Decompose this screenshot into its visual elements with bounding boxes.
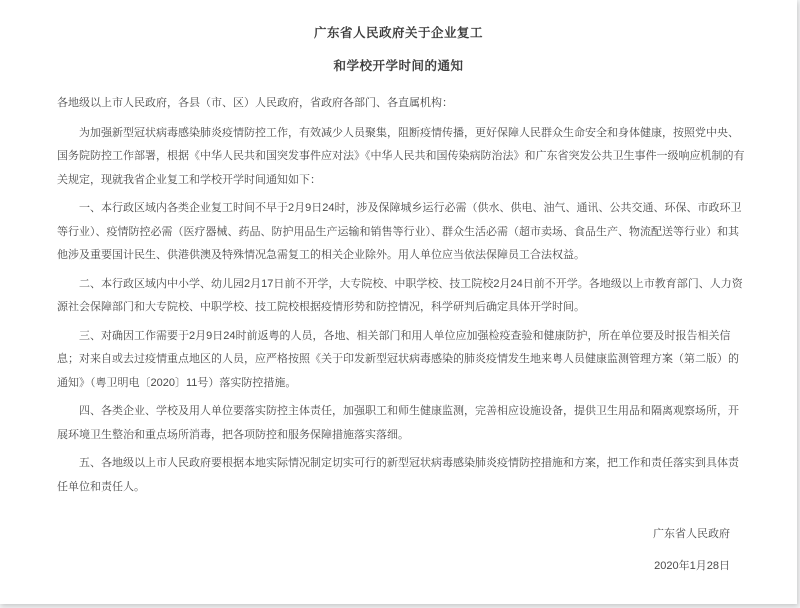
document-page: 广东省人民政府关于企业复工 和学校开学时间的通知 各地级以上市人民政府，各县（市… bbox=[0, 0, 797, 604]
title-line-1: 广东省人民政府关于企业复工 bbox=[0, 26, 797, 40]
signature-block: 广东省人民政府 2020年1月28日 bbox=[57, 523, 745, 578]
document-title: 广东省人民政府关于企业复工 和学校开学时间的通知 bbox=[0, 0, 797, 73]
addressee-line: 各地级以上市人民政府，各县（市、区）人民政府，省政府各部门、各直属机构： bbox=[57, 92, 745, 116]
signature-date: 2020年1月28日 bbox=[57, 555, 730, 579]
paragraph-item-2: 二、本行政区域内中小学、幼儿园2月17日前不开学，大专院校、中职学校、技工院校2… bbox=[57, 273, 745, 320]
signature-org: 广东省人民政府 bbox=[57, 523, 730, 547]
paragraph-item-4: 四、各类企业、学校及用人单位要落实防控主体责任，加强职工和师生健康监测，完善相应… bbox=[57, 400, 745, 447]
title-line-2: 和学校开学时间的通知 bbox=[0, 59, 797, 73]
screenshot-viewport: 广东省人民政府关于企业复工 和学校开学时间的通知 各地级以上市人民政府，各县（市… bbox=[0, 0, 800, 608]
document-body: 各地级以上市人民政府，各县（市、区）人民政府，省政府各部门、各直属机构： 为加强… bbox=[0, 92, 797, 578]
paragraph-intro: 为加强新型冠状病毒感染肺炎疫情防控工作，有效减少人员聚集，阻断疫情传播，更好保障… bbox=[57, 122, 745, 193]
paragraph-item-3: 三、对确因工作需要于2月9日24时前返粤的人员，各地、相关部门和用人单位应加强检… bbox=[57, 325, 745, 396]
paragraph-item-1: 一、本行政区域内各类企业复工时间不早于2月9日24时，涉及保障城乡运行必需（供水… bbox=[57, 197, 745, 268]
paragraph-item-5: 五、各地级以上市人民政府要根据本地实际情况制定切实可行的新型冠状病毒感染肺炎疫情… bbox=[57, 452, 745, 499]
